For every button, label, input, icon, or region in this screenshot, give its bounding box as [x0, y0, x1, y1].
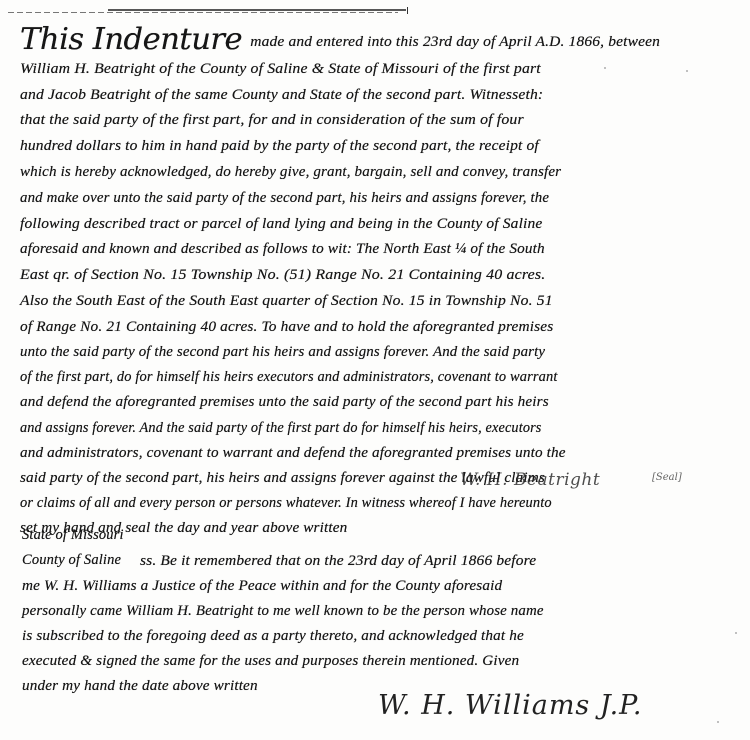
justice-signature: W. H. Williams J.P. [378, 690, 642, 721]
acknowledgment-block: State of Missouri County of Saline ss. B… [0, 0, 750, 740]
ack-line-4: is subscribed to the foregoing deed as a… [22, 627, 524, 645]
ack-line-6: under my hand the date above written [22, 677, 258, 695]
ack-line-3: personally came William H. Beatright to … [22, 602, 544, 620]
paper-speck [686, 70, 688, 72]
paper-speck [604, 67, 606, 69]
venue-state: State of Missouri [22, 527, 124, 544]
venue-county: County of Saline [22, 552, 121, 569]
ack-line-1: ss. Be it remembered that on the 23rd da… [140, 552, 536, 570]
paper-speck [717, 721, 719, 723]
ack-line-2: me W. H. Williams a Justice of the Peace… [22, 577, 502, 595]
ack-line-5: executed & signed the same for the uses … [22, 652, 519, 670]
paper-speck [735, 632, 737, 634]
